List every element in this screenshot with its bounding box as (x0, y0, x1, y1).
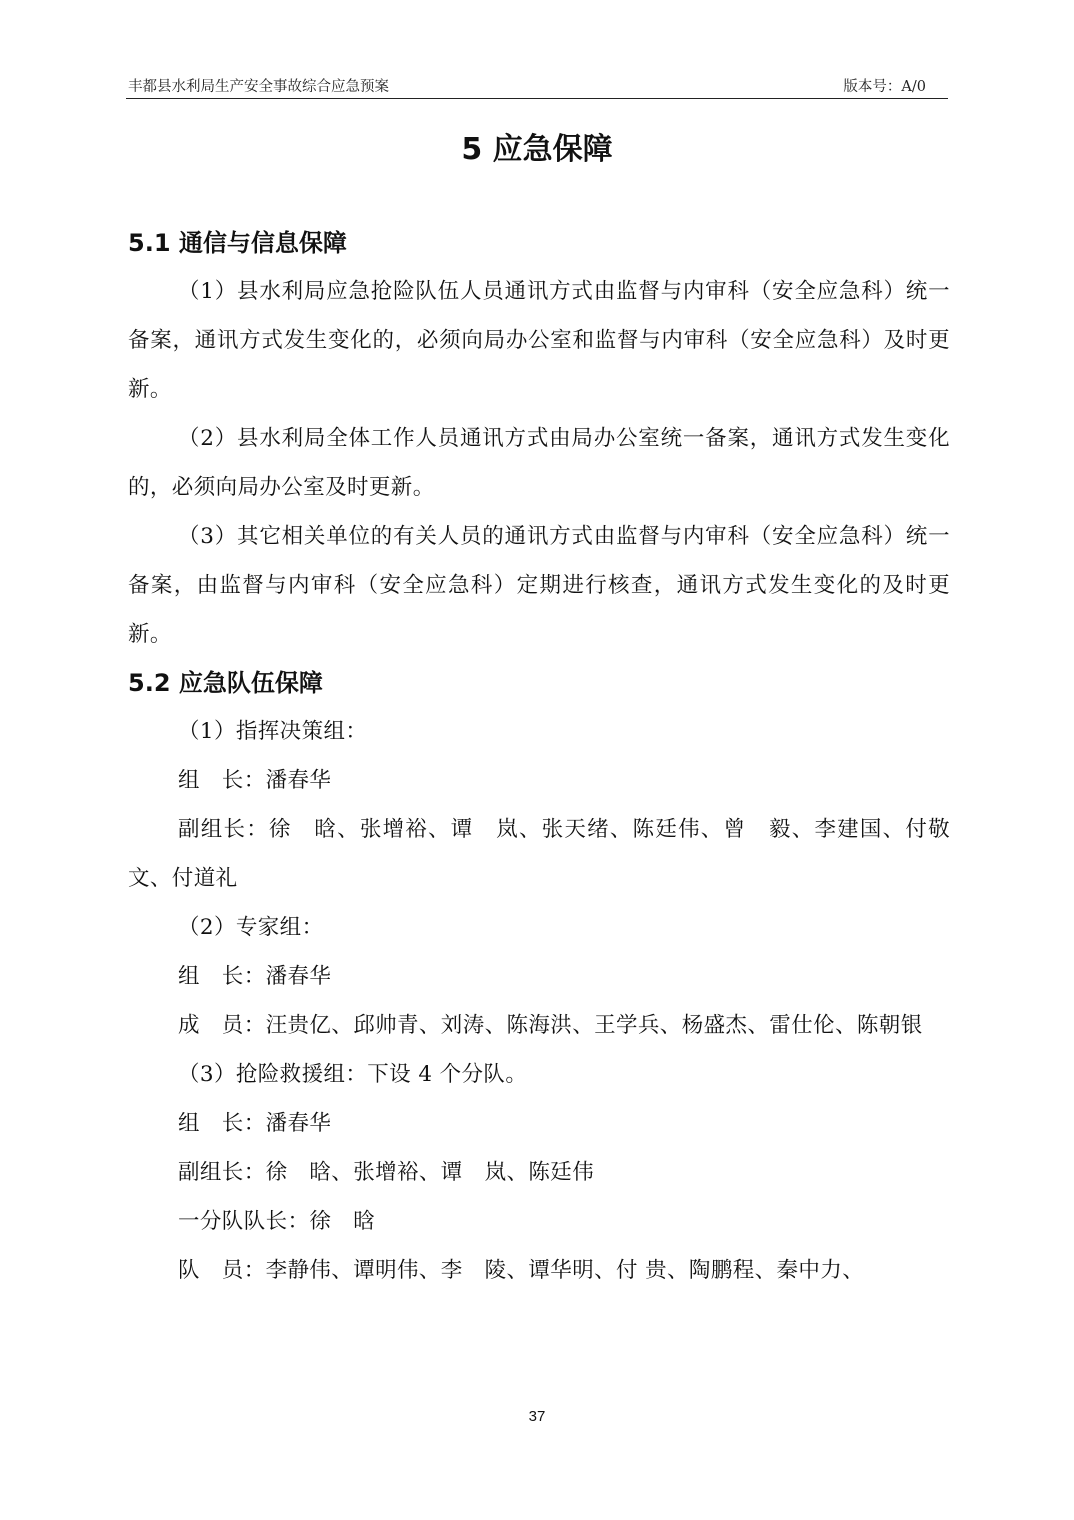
squad-members: 队 员：李静伟、谭明伟、李 陵、谭华明、付 贵、陶鹏程、秦中力、 (128, 1246, 950, 1295)
paragraph: （3）其它相关单位的有关人员的通讯方式由监督与内审科（安全应急科）统一备案，由监… (128, 512, 950, 659)
group-title-command: （1）指挥决策组： (128, 707, 950, 756)
group-leader: 组 长：潘春华 (128, 952, 950, 1001)
page-body: 5.1 通信与信息保障 （1）县水利局应急抢险队伍人员通讯方式由监督与内审科（安… (128, 219, 950, 1295)
page-number: 37 (0, 1408, 1074, 1425)
group-members: 成 员：汪贵亿、邱帅青、刘涛、陈海洪、王学兵、杨盛杰、雷仕伦、陈朝银 (128, 1001, 950, 1050)
group-title-rescue: （3）抢险救援组：下设 4 个分队。 (128, 1050, 950, 1099)
paragraph: （1）县水利局应急抢险队伍人员通讯方式由监督与内审科（安全应急科）统一备案，通讯… (128, 267, 950, 414)
squad-leader: 一分队队长：徐 晗 (128, 1197, 950, 1246)
document-title: 丰都县水利局生产安全事故综合应急预案 (128, 76, 389, 98)
page-header: 丰都县水利局生产安全事故综合应急预案 版本号：A/0 (126, 76, 948, 99)
section-heading-5-1: 5.1 通信与信息保障 (128, 219, 950, 267)
group-leader: 组 长：潘春华 (128, 756, 950, 805)
group-title-experts: （2）专家组： (128, 903, 950, 952)
version-number: 版本号：A/0 (843, 76, 926, 98)
chapter-title: 5 应急保障 (0, 128, 1074, 172)
group-deputy-leaders: 副组长：徐 晗、张增裕、谭 岚、陈廷伟 (128, 1148, 950, 1197)
paragraph: （2）县水利局全体工作人员通讯方式由局办公室统一备案，通讯方式发生变化的，必须向… (128, 414, 950, 512)
group-deputy-leaders: 副组长：徐 晗、张增裕、谭 岚、张天绪、陈廷伟、曾 毅、李建国、付敬文、付道礼 (128, 805, 950, 903)
group-leader: 组 长：潘春华 (128, 1099, 950, 1148)
section-heading-5-2: 5.2 应急队伍保障 (128, 659, 950, 707)
